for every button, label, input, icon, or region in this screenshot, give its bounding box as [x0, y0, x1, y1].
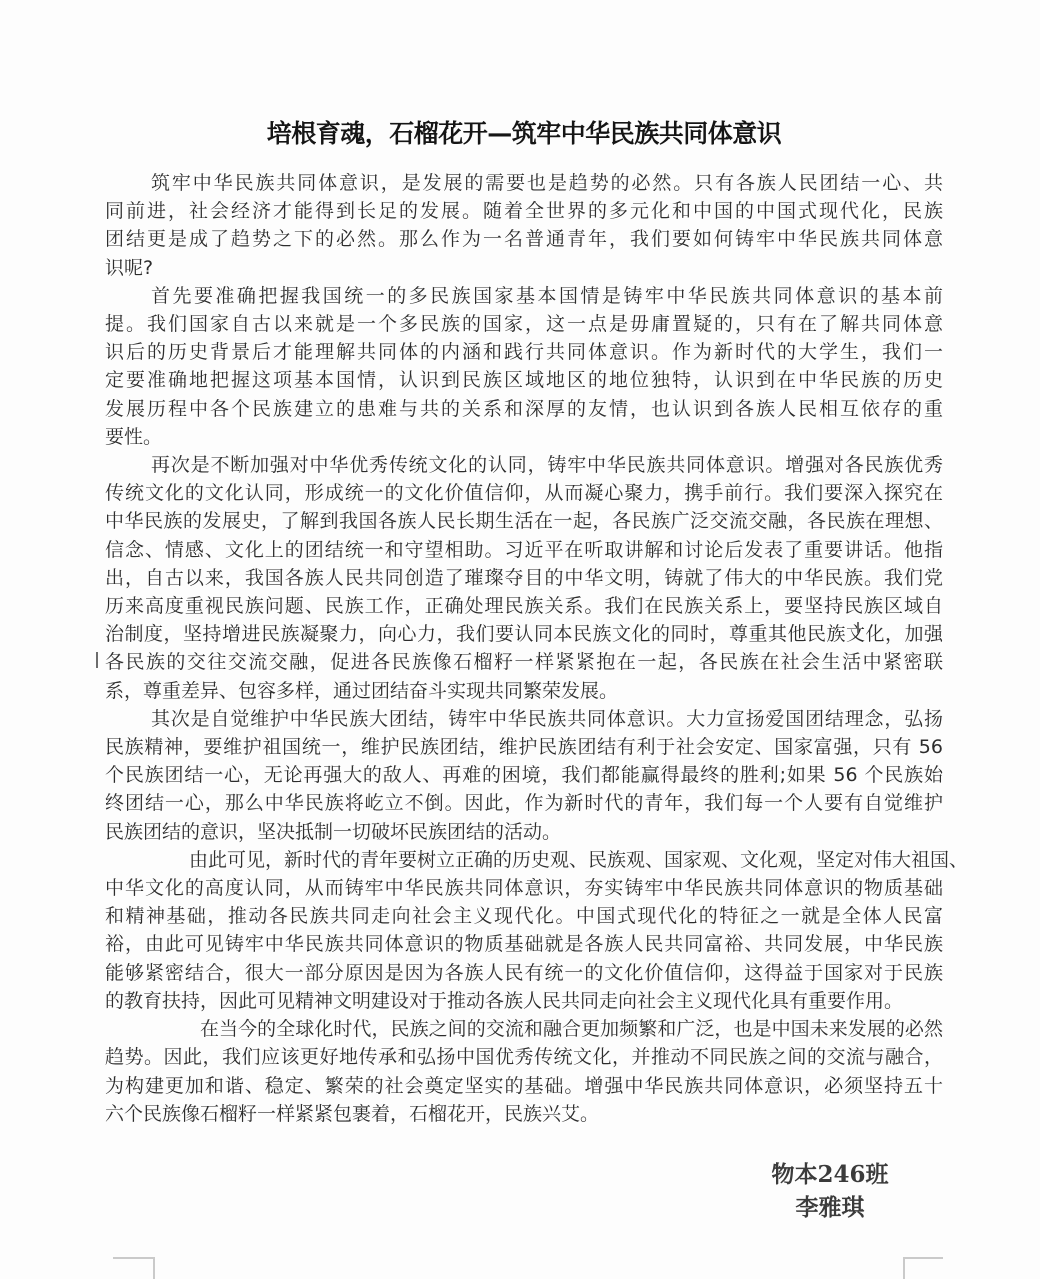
text-line: 团结更是成了趋势之下的必然。那么作为一名普通青年，我们要如何铸牢中华民族共同体意 [105, 225, 943, 253]
text-line: 历来高度重视民族问题、民族工作，正确处理民族关系。我们在民族关系上，要坚持民族区… [105, 592, 943, 620]
text-line: 中华民族的发展史，了解到我国各族人民长期生活在一起，各民族广泛交流交融，各民族在… [105, 507, 943, 535]
text-line: 筑牢中华民族共同体意识，是发展的需要也是趋势的必然。只有各族人民团结一心、共 [105, 169, 943, 197]
text-line: 为构建更加和谐、稳定、繁荣的社会奠定坚实的基础。增强中华民族共同体意识，必须坚持… [105, 1072, 943, 1100]
text-line: 提。我们国家自古以来就是一个多民族的国家，这一点是毋庸置疑的，只有在了解共同体意 [105, 310, 943, 338]
text-line: 各民族的交往交流交融，促进各民族像石榴籽一样紧紧抱在一起，各民族在社会生活中紧密… [105, 648, 943, 676]
text-line: 民族团结的意识，坚决抵制一切破坏民族团结的活动。 [105, 818, 943, 846]
paragraph: 在当今的全球化时代，民族之间的交流和融合更加频繁和广泛，也是中国未来发展的必然趋… [105, 1015, 943, 1128]
paragraph: 筑牢中华民族共同体意识，是发展的需要也是趋势的必然。只有各族人民团结一心、共同前… [105, 169, 943, 282]
paragraph: 再次是不断加强对中华优秀传统文化的认同，铸牢中华民族共同体意识。增强对各民族优秀… [105, 451, 943, 705]
text-line: 同前进，社会经济才能得到长足的发展。随着全世界的多元化和中国的中国式现代化，民族 [105, 197, 943, 225]
text-line: 中华文化的高度认同，从而铸牢中华民族共同体意识，夯实铸牢中华民族共同体意识的物质… [105, 874, 943, 902]
text-line: 定要准确地把握这项基本国情，认识到民族区域地区的地位独特，认识到在中华民族的历史 [105, 366, 943, 394]
text-line: 的教育扶持，因此可见精神文明建设对于推动各族人民共同走向社会主义现代化具有重要作… [105, 987, 943, 1015]
text-line: 出，自古以来，我国各族人民共同创造了璀璨夺目的中华文明，铸就了伟大的中华民族。我… [105, 564, 943, 592]
text-line: 再次是不断加强对中华优秀传统文化的认同，铸牢中华民族共同体意识。增强对各民族优秀 [105, 451, 943, 479]
text-line: 要性。 [105, 423, 943, 451]
text-line: 裕，由此可见铸牢中华民族共同体意识的物质基础就是各族人民共同富裕、共同发展，中华… [105, 930, 943, 958]
text-line: 治制度，坚持增进民族凝聚力，向心力，我们要认同本民族文化的同时，尊重其他民族文化… [105, 620, 943, 648]
text-line: 信念、情感、文化上的团结统一和守望相助。习近平在听取讲解和讨论后发表了重要讲话。… [105, 536, 943, 564]
text-line: 个民族团结一心，无论再强大的敌人、再难的困境，我们都能赢得最终的胜利;如果 56… [105, 761, 943, 789]
paragraph: 首先要准确把握我国统一的多民族国家基本国情是铸牢中华民族共同体意识的基本前提。我… [105, 282, 943, 451]
text-line: 由此可见，新时代的青年要树立正确的历史观、民族观、国家观、文化观，坚定对伟大祖国… [105, 846, 943, 874]
text-line: 系，尊重差异、包容多样，通过团结奋斗实现共同繁荣发展。 [105, 677, 943, 705]
stray-ink-mark-left-margin [96, 652, 98, 668]
text-line: 终团结一心，那么中华民族将屹立不倒。因此，作为新时代的青年，我们每一个人要有自觉… [105, 789, 943, 817]
signature-block: 物本246班 李雅琪 [700, 1158, 960, 1224]
text-line: 传统文化的文化认同，形成统一的文化价值信仰，从而凝心聚力，携手前行。我们要深入探… [105, 479, 943, 507]
text-line: 和精神基础，推动各民族共同走向社会主义现代化。中国式现代化的特征之一就是全体人民… [105, 902, 943, 930]
text-line: 发展历程中各个民族建立的患难与共的关系和深厚的友情，也认识到各族人民相互依存的重 [105, 395, 943, 423]
essay-body: 筑牢中华民族共同体意识，是发展的需要也是趋势的必然。只有各族人民团结一心、共同前… [105, 169, 943, 1128]
signature-name-line: 李雅琪 [700, 1191, 960, 1224]
text-line: 首先要准确把握我国统一的多民族国家基本国情是铸牢中华民族共同体意识的基本前 [105, 282, 943, 310]
text-line: 民族精神，要维护祖国统一，维护民族团结，维护民族团结有利于社会安定、国家富强，只… [105, 733, 943, 761]
paragraph: 其次是自觉维护中华民族大团结，铸牢中华民族共同体意识。大力宣扬爱国团结理念，弘扬… [105, 705, 943, 846]
text-line: 能够紧密结合，很大一部分原因是因为各族人民有统一的文化价值信仰，这得益于国家对于… [105, 959, 943, 987]
text-line: 六个民族像石榴籽一样紧紧包裹着，石榴花开，民族兴艾。 [105, 1100, 943, 1128]
page-corner-mark-right [903, 1257, 943, 1279]
essay-page: 培根育魂，石榴花开—筑牢中华民族共同体意识 筑牢中华民族共同体意识，是发展的需要… [0, 0, 1040, 1279]
text-line: 在当今的全球化时代，民族之间的交流和融合更加频繁和广泛，也是中国未来发展的必然 [105, 1015, 943, 1043]
signature-class-line: 物本246班 [700, 1158, 960, 1191]
paragraph: 由此可见，新时代的青年要树立正确的历史观、民族观、国家观、文化观，坚定对伟大祖国… [105, 846, 943, 1015]
text-line: 识后的历史背景后才能理解共同体的内涵和践行共同体意识。作为新时代的大学生，我们一 [105, 338, 943, 366]
text-line: 识呢? [105, 254, 943, 282]
text-line: 其次是自觉维护中华民族大团结，铸牢中华民族共同体意识。大力宣扬爱国团结理念，弘扬 [105, 705, 943, 733]
page-corner-mark-left [113, 1257, 155, 1279]
text-line: 趋势。因此，我们应该更好地传承和弘扬中国优秀传统文化，并推动不同民族之间的交流与… [105, 1043, 943, 1071]
essay-title: 培根育魂，石榴花开—筑牢中华民族共同体意识 [105, 116, 943, 152]
stray-ink-mark-inline [857, 622, 859, 633]
